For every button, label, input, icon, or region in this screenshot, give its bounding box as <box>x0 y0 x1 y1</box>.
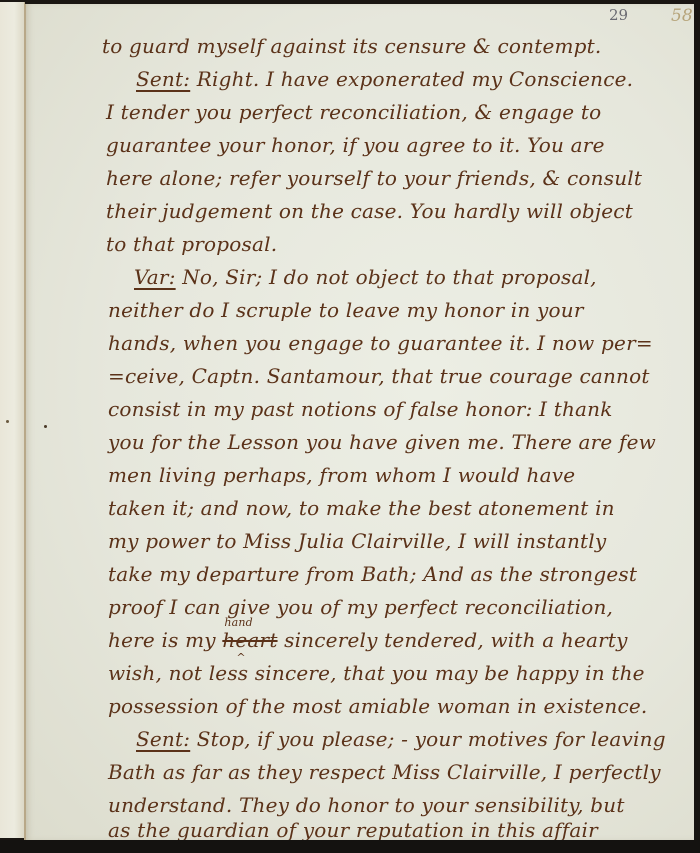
line-text: their judgement on the case. You hardly … <box>106 199 633 223</box>
line-text: Right. I have exponerated my Conscience. <box>190 67 633 91</box>
line-text: here is my <box>108 628 222 652</box>
line-text: neither do I scruple to leave my honor i… <box>108 298 584 322</box>
text-line: to that proposal. <box>106 232 277 256</box>
line-text: to guard myself against its censure & co… <box>102 34 601 58</box>
page-bottom-edge <box>0 840 700 853</box>
text-line: to guard myself against its censure & co… <box>102 34 601 58</box>
text-line: Sent: Stop, if you please; - your motive… <box>136 727 666 751</box>
manuscript-page: 29 58. to guard myself against its censu… <box>24 4 694 842</box>
text-line: as the guardian of your reputation in th… <box>108 818 598 842</box>
text-line: take my departure from Bath; And as the … <box>108 562 637 586</box>
text-line: possession of the most amiable woman in … <box>108 694 647 718</box>
text-line: proof I can give you of my perfect recon… <box>108 595 613 619</box>
text-line: guarantee your honor, if you agree to it… <box>106 133 605 157</box>
binding-hole <box>6 420 9 423</box>
line-text: taken it; and now, to make the best aton… <box>108 496 615 520</box>
text-line: you for the Lesson you have given me. Th… <box>108 430 656 454</box>
text-line: hands, when you engage to guarantee it. … <box>108 331 653 355</box>
line-text: guarantee your honor, if you agree to it… <box>106 133 605 157</box>
line-text: I tender you perfect reconciliation, & e… <box>106 100 601 124</box>
line-text: possession of the most amiable woman in … <box>108 694 647 718</box>
speaker-label: Sent: <box>136 67 190 91</box>
text-line: neither do I scruple to leave my honor i… <box>108 298 584 322</box>
text-line: their judgement on the case. You hardly … <box>106 199 633 223</box>
line-text: to that proposal. <box>106 232 277 256</box>
manuscript-viewer: 29 58. to guard myself against its censu… <box>0 0 700 853</box>
line-text: you for the Lesson you have given me. Th… <box>108 430 656 454</box>
line-text: take my departure from Bath; And as the … <box>108 562 637 586</box>
line-text: men living perhaps, from whom I would ha… <box>108 463 575 487</box>
line-text: Bath as far as they respect Miss Clairvi… <box>108 760 661 784</box>
interlinear-insertion: hand <box>224 617 253 628</box>
line-text: my power to Miss Julia Clairville, I wil… <box>108 529 606 553</box>
line-text: No, Sir; I do not object to that proposa… <box>176 265 597 289</box>
handwritten-text: to guard myself against its censure & co… <box>24 4 694 840</box>
line-text: understand. They do honor to your sensib… <box>108 793 625 817</box>
text-line: I tender you perfect reconciliation, & e… <box>106 100 601 124</box>
line-text: here alone; refer yourself to your frien… <box>106 166 642 190</box>
line-text: as the guardian of your reputation in th… <box>108 818 598 842</box>
facing-page-edge <box>0 2 25 838</box>
text-line: =ceive, Captn. Santamour, that true cour… <box>108 364 650 388</box>
text-line: Bath as far as they respect Miss Clairvi… <box>108 760 661 784</box>
line-text: consist in my past notions of false hono… <box>108 397 613 421</box>
text-line: consist in my past notions of false hono… <box>108 397 613 421</box>
line-text: Stop, if you please; - your motives for … <box>190 727 666 751</box>
line-text: wish, not less sincere, that you may be … <box>108 661 645 685</box>
text-line: men living perhaps, from whom I would ha… <box>108 463 575 487</box>
text-line: my power to Miss Julia Clairville, I wil… <box>108 529 606 553</box>
text-line: here alone; refer yourself to your frien… <box>106 166 642 190</box>
line-text: sincerely tendered, with a hearty <box>278 628 628 652</box>
text-line: taken it; and now, to make the best aton… <box>108 496 615 520</box>
text-line: understand. They do honor to your sensib… <box>108 793 625 817</box>
speaker-label: Sent: <box>136 727 190 751</box>
line-text: hands, when you engage to guarantee it. … <box>108 331 653 355</box>
text-line: Var: No, Sir; I do not object to that pr… <box>134 265 597 289</box>
deleted-text: heart <box>222 628 277 652</box>
line-text: proof I can give you of my perfect recon… <box>108 595 613 619</box>
struck-word: hearthand^ <box>222 628 277 652</box>
speaker-label: Var: <box>134 265 176 289</box>
page-right-edge <box>694 0 700 853</box>
text-line: wish, not less sincere, that you may be … <box>108 661 645 685</box>
line-text: =ceive, Captn. Santamour, that true cour… <box>108 364 650 388</box>
text-line: Sent: Right. I have exponerated my Consc… <box>136 67 633 91</box>
text-line: here is my hearthand^ sincerely tendered… <box>108 628 628 652</box>
